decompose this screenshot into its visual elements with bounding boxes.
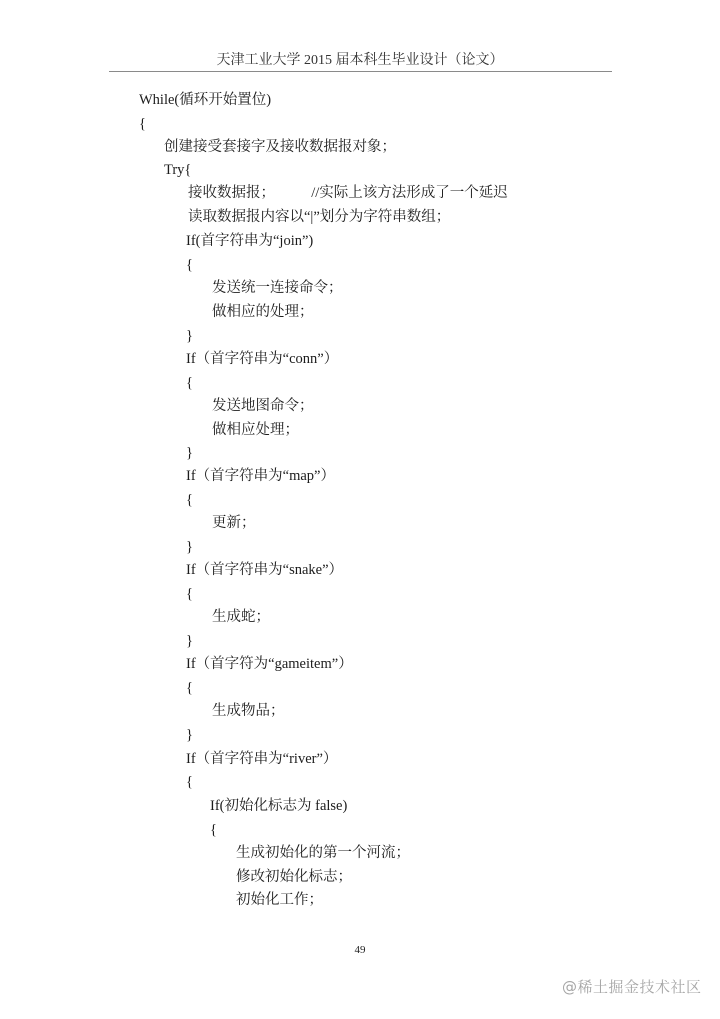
- code-line: }: [186, 444, 193, 462]
- code-line: 读取数据报内容以“|”划分为字符串数组；: [188, 208, 450, 226]
- code-line: 生成蛇；: [212, 608, 270, 626]
- code-line: {: [186, 256, 193, 274]
- code-line: While(循环开始置位): [139, 91, 271, 109]
- code-line: 做相应处理；: [212, 421, 299, 439]
- code-line: 初始化工作；: [236, 891, 323, 909]
- code-line: {: [186, 679, 193, 697]
- header-title: 天津工业大学 2015 届本科生毕业设计（论文）: [0, 49, 720, 69]
- code-line: If（首字符串为“river”）: [186, 750, 337, 768]
- code-line: {: [139, 115, 146, 133]
- code-line: 做相应的处理；: [212, 303, 314, 321]
- code-line: {: [186, 374, 193, 392]
- page-number: 49: [0, 944, 720, 956]
- code-line: If(初始化标志为 false): [210, 797, 347, 815]
- code-line: }: [186, 726, 193, 744]
- code-line: 生成初始化的第一个河流；: [236, 844, 410, 862]
- code-line: 发送统一连接命令；: [212, 279, 343, 297]
- code-line: If（首字符为“gameitem”）: [186, 655, 353, 673]
- code-line: {: [186, 773, 193, 791]
- code-line: {: [210, 821, 217, 839]
- code-line: 创建接受套接字及接收数据报对象；: [164, 138, 396, 156]
- code-line: 生成物品；: [212, 702, 285, 720]
- watermark: @稀土掘金技术社区: [562, 976, 702, 997]
- code-line: {: [186, 491, 193, 509]
- code-line: If（首字符串为“conn”）: [186, 350, 338, 368]
- code-line: }: [186, 538, 193, 556]
- code-line: 接收数据报； //实际上该方法形成了一个延迟: [188, 184, 508, 202]
- code-line: If（首字符串为“map”）: [186, 467, 335, 485]
- code-line: {: [186, 585, 193, 603]
- code-line: 发送地图命令；: [212, 397, 314, 415]
- code-line: }: [186, 327, 193, 345]
- code-line: Try{: [164, 161, 191, 179]
- code-line: 修改初始化标志；: [236, 868, 352, 886]
- code-line: If(首字符串为“join”): [186, 232, 313, 250]
- code-line: }: [186, 632, 193, 650]
- header-divider: [109, 71, 612, 72]
- code-line: If（首字符串为“snake”）: [186, 561, 343, 579]
- code-line: 更新；: [212, 514, 256, 532]
